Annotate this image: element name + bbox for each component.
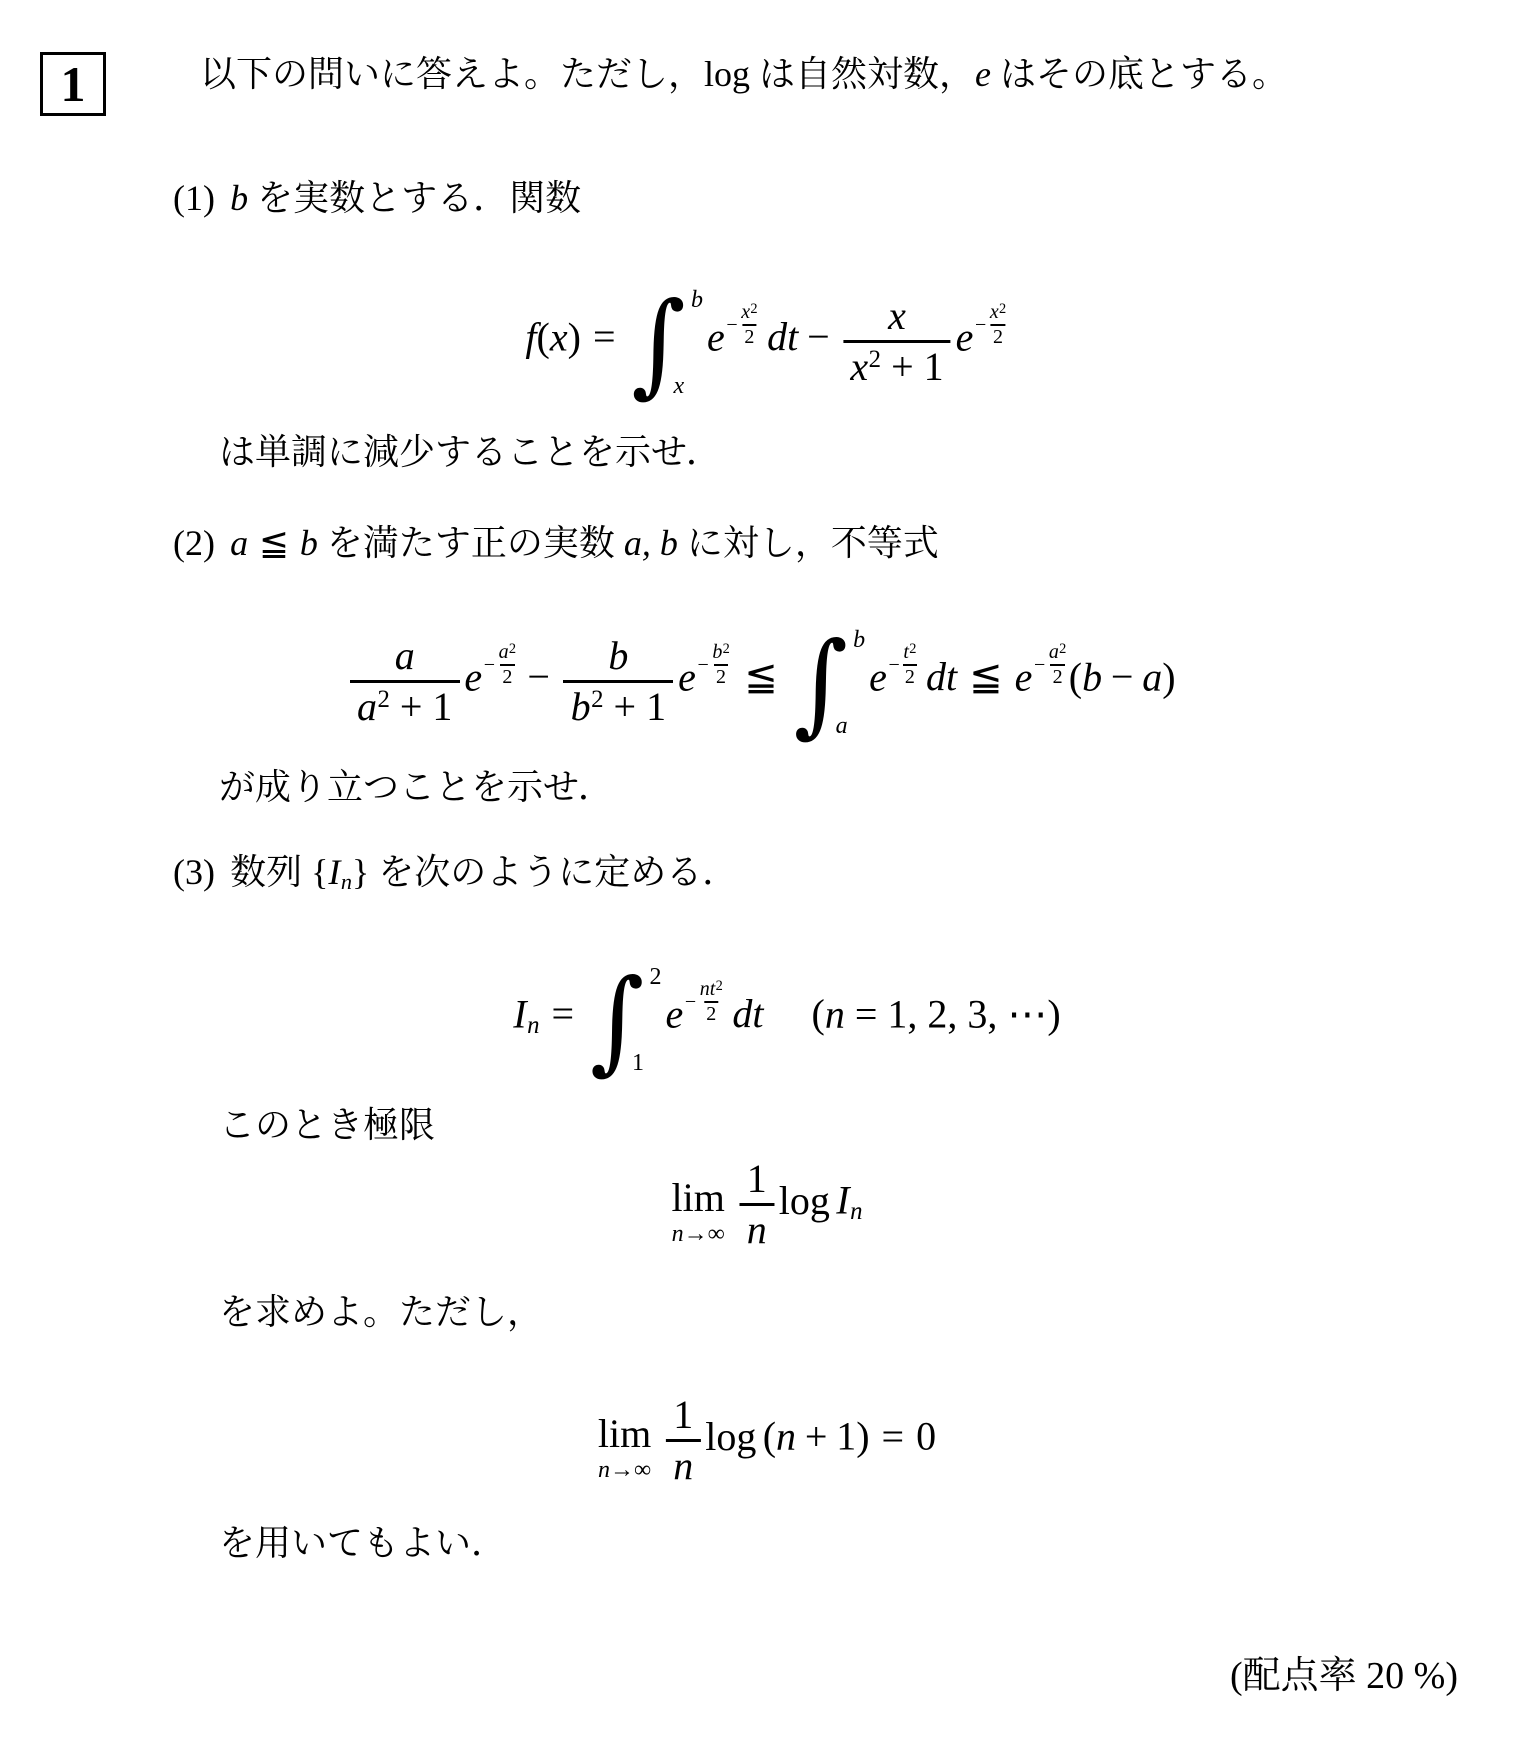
q3-text-1: 数列 <box>230 852 311 892</box>
integral-sign: ∫ <box>590 964 644 1076</box>
leq-sign: ≦ <box>744 654 778 699</box>
a-variable: a <box>1142 654 1162 699</box>
exam-page: 1 以下の問いに答えよ。ただし，log は自然対数，e はその底とする。 (1)… <box>0 0 1534 1747</box>
n-variable: n <box>700 978 710 1000</box>
may-use-line: を用いてもよい． <box>219 1520 507 1567</box>
integral-upper-limit: b <box>691 288 703 312</box>
dt-differential: dt <box>767 314 798 359</box>
denominator: b2 + 1 <box>563 680 673 731</box>
integral-sign: ∫ <box>794 627 848 739</box>
minus-operator: − <box>527 654 550 699</box>
exponent-denominator: 2 <box>742 324 757 349</box>
e-base: e <box>678 654 696 699</box>
exponent-fraction: x22 <box>987 301 1008 349</box>
limit-intro-text: このとき極限 <box>219 1105 435 1145</box>
intro-text-1: 以下の問いに答えよ。ただし， <box>200 54 704 94</box>
squared-superscript: 2 <box>716 978 723 994</box>
lim-word: lim <box>671 1178 724 1218</box>
exponent-numerator: a2 <box>496 641 518 664</box>
paren-close: ) <box>1162 654 1175 699</box>
numerator: 1 <box>666 1391 700 1439</box>
log-word: log <box>779 1178 830 1223</box>
minus-sign: − <box>975 315 986 335</box>
exponent-denominator: 2 <box>991 324 1006 349</box>
intro-text-2: は自然対数， <box>750 54 975 94</box>
integral: ∫ba <box>794 628 865 738</box>
arrow-infinity: →∞ <box>684 1221 725 1247</box>
x-variable: x <box>741 301 750 323</box>
q3-line: (3)数列 {In} を次のように定める． <box>173 849 738 896</box>
leq-sign: ≦ <box>969 654 1003 699</box>
denominator: n <box>740 1203 774 1254</box>
q1-text: を実数とする．関数 <box>248 178 581 218</box>
I-symbol: I <box>328 852 340 892</box>
b-variable: b <box>712 641 722 663</box>
denominator: x2 + 1 <box>843 340 951 391</box>
squared-superscript: 2 <box>750 301 757 317</box>
q2-conclusion-text: が成り立つことを示せ． <box>219 767 614 807</box>
paren-open: ( <box>1069 654 1082 699</box>
integral-upper-limit: b <box>853 628 865 652</box>
q2-conclusion: が成り立つことを示せ． <box>219 764 614 811</box>
integral: ∫bx <box>632 288 703 398</box>
may-use-text: を用いてもよい． <box>219 1523 507 1563</box>
fraction: aa2 + 1 <box>350 632 460 731</box>
exponent-fraction: b22 <box>710 641 732 689</box>
n-variable: n <box>672 1221 684 1247</box>
b-variable: b <box>571 684 591 729</box>
squared-superscript: 2 <box>377 686 389 713</box>
limit-operator: limn→∞ <box>598 1414 651 1482</box>
I-symbol: I <box>513 991 526 1036</box>
q2-label: (2) <box>173 523 215 563</box>
squared-superscript: 2 <box>909 641 916 657</box>
q1-var-b: b <box>230 178 248 218</box>
limit-subscript: n→∞ <box>598 1458 651 1482</box>
fraction: 1n <box>666 1391 700 1490</box>
q2-line: (2)a≦b を満たす正の実数 a, b に対し，不等式 <box>173 520 939 567</box>
exponent: −a22 <box>484 641 519 689</box>
I-symbol: I <box>836 1178 849 1223</box>
fraction: 1n <box>740 1155 774 1254</box>
squared-superscript: 2 <box>591 686 603 713</box>
n-variable: n <box>825 991 845 1036</box>
exponent-fraction: a22 <box>1046 641 1068 689</box>
x-variable: x <box>850 344 868 389</box>
leq-sign: ≦ <box>259 523 289 563</box>
minus-sign: − <box>1034 655 1045 675</box>
minus-sign: − <box>889 655 900 675</box>
paren-close: ) <box>856 1414 869 1459</box>
denominator: n <box>666 1439 700 1490</box>
integral-sign: ∫ <box>632 287 686 399</box>
plus-one-text: + 1 <box>881 344 944 389</box>
integral-limits: 21 <box>645 965 661 1075</box>
q3-label: (3) <box>173 852 215 892</box>
formula-In: In=∫21e−nt22dt(n = 1, 2, 3, ⋯) <box>513 963 1060 1073</box>
integral-limits: ba <box>849 628 865 738</box>
a-variable: a <box>1049 641 1059 663</box>
exponent-numerator: a2 <box>1046 641 1068 664</box>
dt-differential: dt <box>732 991 763 1036</box>
e-base: e <box>869 654 887 699</box>
e-symbol: e <box>975 54 991 94</box>
exponent-numerator: x2 <box>987 301 1008 324</box>
plus-one-text: + 1 <box>390 684 453 729</box>
e-base: e <box>666 991 684 1036</box>
q2-text-2: に対し，不等式 <box>678 523 939 563</box>
dt-differential: dt <box>926 654 957 699</box>
formula-inequality: aa2 + 1e−a22−bb2 + 1e−b22≦∫bae−t22dt≦e−a… <box>345 626 1176 736</box>
minus-sign: − <box>685 992 696 1012</box>
exponent: −t22 <box>889 641 919 689</box>
integral-limits: bx <box>687 288 703 398</box>
q1-conclusion-text: は単調に減少することを示せ． <box>219 432 722 472</box>
log-word: log <box>704 54 750 94</box>
exponent-numerator: nt2 <box>697 978 725 1001</box>
integral: ∫21 <box>590 965 661 1075</box>
intro-line: 以下の問いに答えよ。ただし，log は自然対数，e はその底とする。 <box>200 51 1288 98</box>
e-base: e <box>464 654 482 699</box>
exponent-denominator: 2 <box>903 664 918 689</box>
n-variable: n <box>598 1457 610 1483</box>
exponent-denominator: 2 <box>500 664 515 689</box>
a-variable: a <box>499 641 509 663</box>
formula-limit: limn→∞1nlogIn <box>671 1155 862 1254</box>
ask-line: を求めよ。ただし， <box>219 1289 543 1336</box>
q1-line: (1)b を実数とする．関数 <box>173 175 581 222</box>
n-subscript: n <box>850 1198 862 1225</box>
minus-operator: − <box>807 314 830 359</box>
a-variable: a <box>230 523 248 563</box>
problem-number: 1 <box>61 55 86 113</box>
numerator: 1 <box>740 1155 774 1203</box>
e-base: e <box>707 314 725 359</box>
paren-open: ( <box>763 1414 776 1459</box>
minus-sign: − <box>484 655 495 675</box>
exponent-denominator: 2 <box>704 1001 719 1026</box>
integral-upper-limit: 2 <box>650 965 662 989</box>
formula-fx: f(x)=∫bxe−x22dt−xx2 + 1e−x22 <box>525 286 1008 396</box>
exponent-denominator: 2 <box>1050 664 1065 689</box>
equals-sign: = <box>593 314 616 359</box>
f-symbol: f <box>525 314 536 359</box>
q3-text-2: を次のように定める． <box>369 852 738 892</box>
exponent-fraction: nt22 <box>697 978 725 1026</box>
minus-sign: − <box>726 315 737 335</box>
ab-variables: a, b <box>624 523 678 563</box>
limit-subscript: n→∞ <box>672 1222 725 1246</box>
equals-sign: = <box>552 991 575 1036</box>
fraction: bb2 + 1 <box>563 632 673 731</box>
exponent-numerator: x2 <box>739 301 760 324</box>
n-variable: n <box>776 1414 796 1459</box>
exponent: −x22 <box>726 301 760 349</box>
minus-operator: − <box>1111 654 1134 699</box>
brace-close: } <box>352 852 369 892</box>
n-subscript: n <box>527 1012 539 1039</box>
paren-close: ) <box>568 314 581 359</box>
score-note: (配点率 20 %) <box>1230 1652 1458 1701</box>
x-variable: x <box>990 301 999 323</box>
exponent-numerator: t2 <box>901 641 919 664</box>
brace-open: { <box>311 852 328 892</box>
b-variable: b <box>1082 654 1102 699</box>
paren-open: ( <box>811 991 824 1036</box>
exponent-fraction: a22 <box>496 641 518 689</box>
lim-word: lim <box>598 1414 651 1454</box>
exponent: −a22 <box>1034 641 1069 689</box>
q1-label: (1) <box>173 178 215 218</box>
exponent: −b22 <box>697 641 732 689</box>
arrow-infinity: →∞ <box>610 1457 651 1483</box>
squared-superscript: 2 <box>999 301 1006 317</box>
q1-conclusion: は単調に減少することを示せ． <box>219 429 722 476</box>
formula-limit-hint: limn→∞1nlog(n+1)=0 <box>598 1391 936 1490</box>
exponent-denominator: 2 <box>714 664 729 689</box>
fraction: xx2 + 1 <box>843 292 951 391</box>
squared-superscript: 2 <box>1059 641 1066 657</box>
exponent-numerator: b2 <box>710 641 732 664</box>
exponent: −nt22 <box>685 978 725 1026</box>
paren-close: ) <box>1047 991 1060 1036</box>
squared-superscript: 2 <box>723 641 730 657</box>
numerator: a <box>388 632 422 680</box>
plus-operator: + <box>805 1414 828 1459</box>
a-variable: a <box>357 684 377 729</box>
log-word: log <box>705 1414 756 1459</box>
equals-sign: = <box>882 1414 905 1459</box>
sequence-values: = 1, 2, 3, ⋯ <box>845 991 1048 1036</box>
problem-number-box: 1 <box>40 52 106 116</box>
numerator: b <box>601 632 635 680</box>
n-subscript: n <box>341 869 352 894</box>
zero-digit: 0 <box>916 1414 936 1459</box>
minus-sign: − <box>697 655 708 675</box>
numerator: x <box>881 292 913 340</box>
intro-text-3: はその底とする。 <box>991 54 1288 94</box>
squared-superscript: 2 <box>509 641 516 657</box>
paren-open: ( <box>537 314 550 359</box>
b-variable: b <box>300 523 318 563</box>
limit-intro-line: このとき極限 <box>219 1102 435 1149</box>
one-digit: 1 <box>836 1414 856 1459</box>
squared-superscript: 2 <box>869 346 881 373</box>
q2-text-1: を満たす正の実数 <box>318 523 624 563</box>
limit-operator: limn→∞ <box>671 1178 724 1246</box>
exponent-fraction: x22 <box>739 301 760 349</box>
e-base: e <box>1015 654 1033 699</box>
x-variable: x <box>550 314 568 359</box>
ask-text: を求めよ。ただし， <box>219 1292 543 1332</box>
plus-one-text: + 1 <box>604 684 667 729</box>
exponent-fraction: t22 <box>901 641 919 689</box>
score-note-text: (配点率 20 %) <box>1230 1655 1458 1697</box>
exponent: −x22 <box>975 301 1009 349</box>
denominator: a2 + 1 <box>350 680 460 731</box>
e-base: e <box>956 314 974 359</box>
